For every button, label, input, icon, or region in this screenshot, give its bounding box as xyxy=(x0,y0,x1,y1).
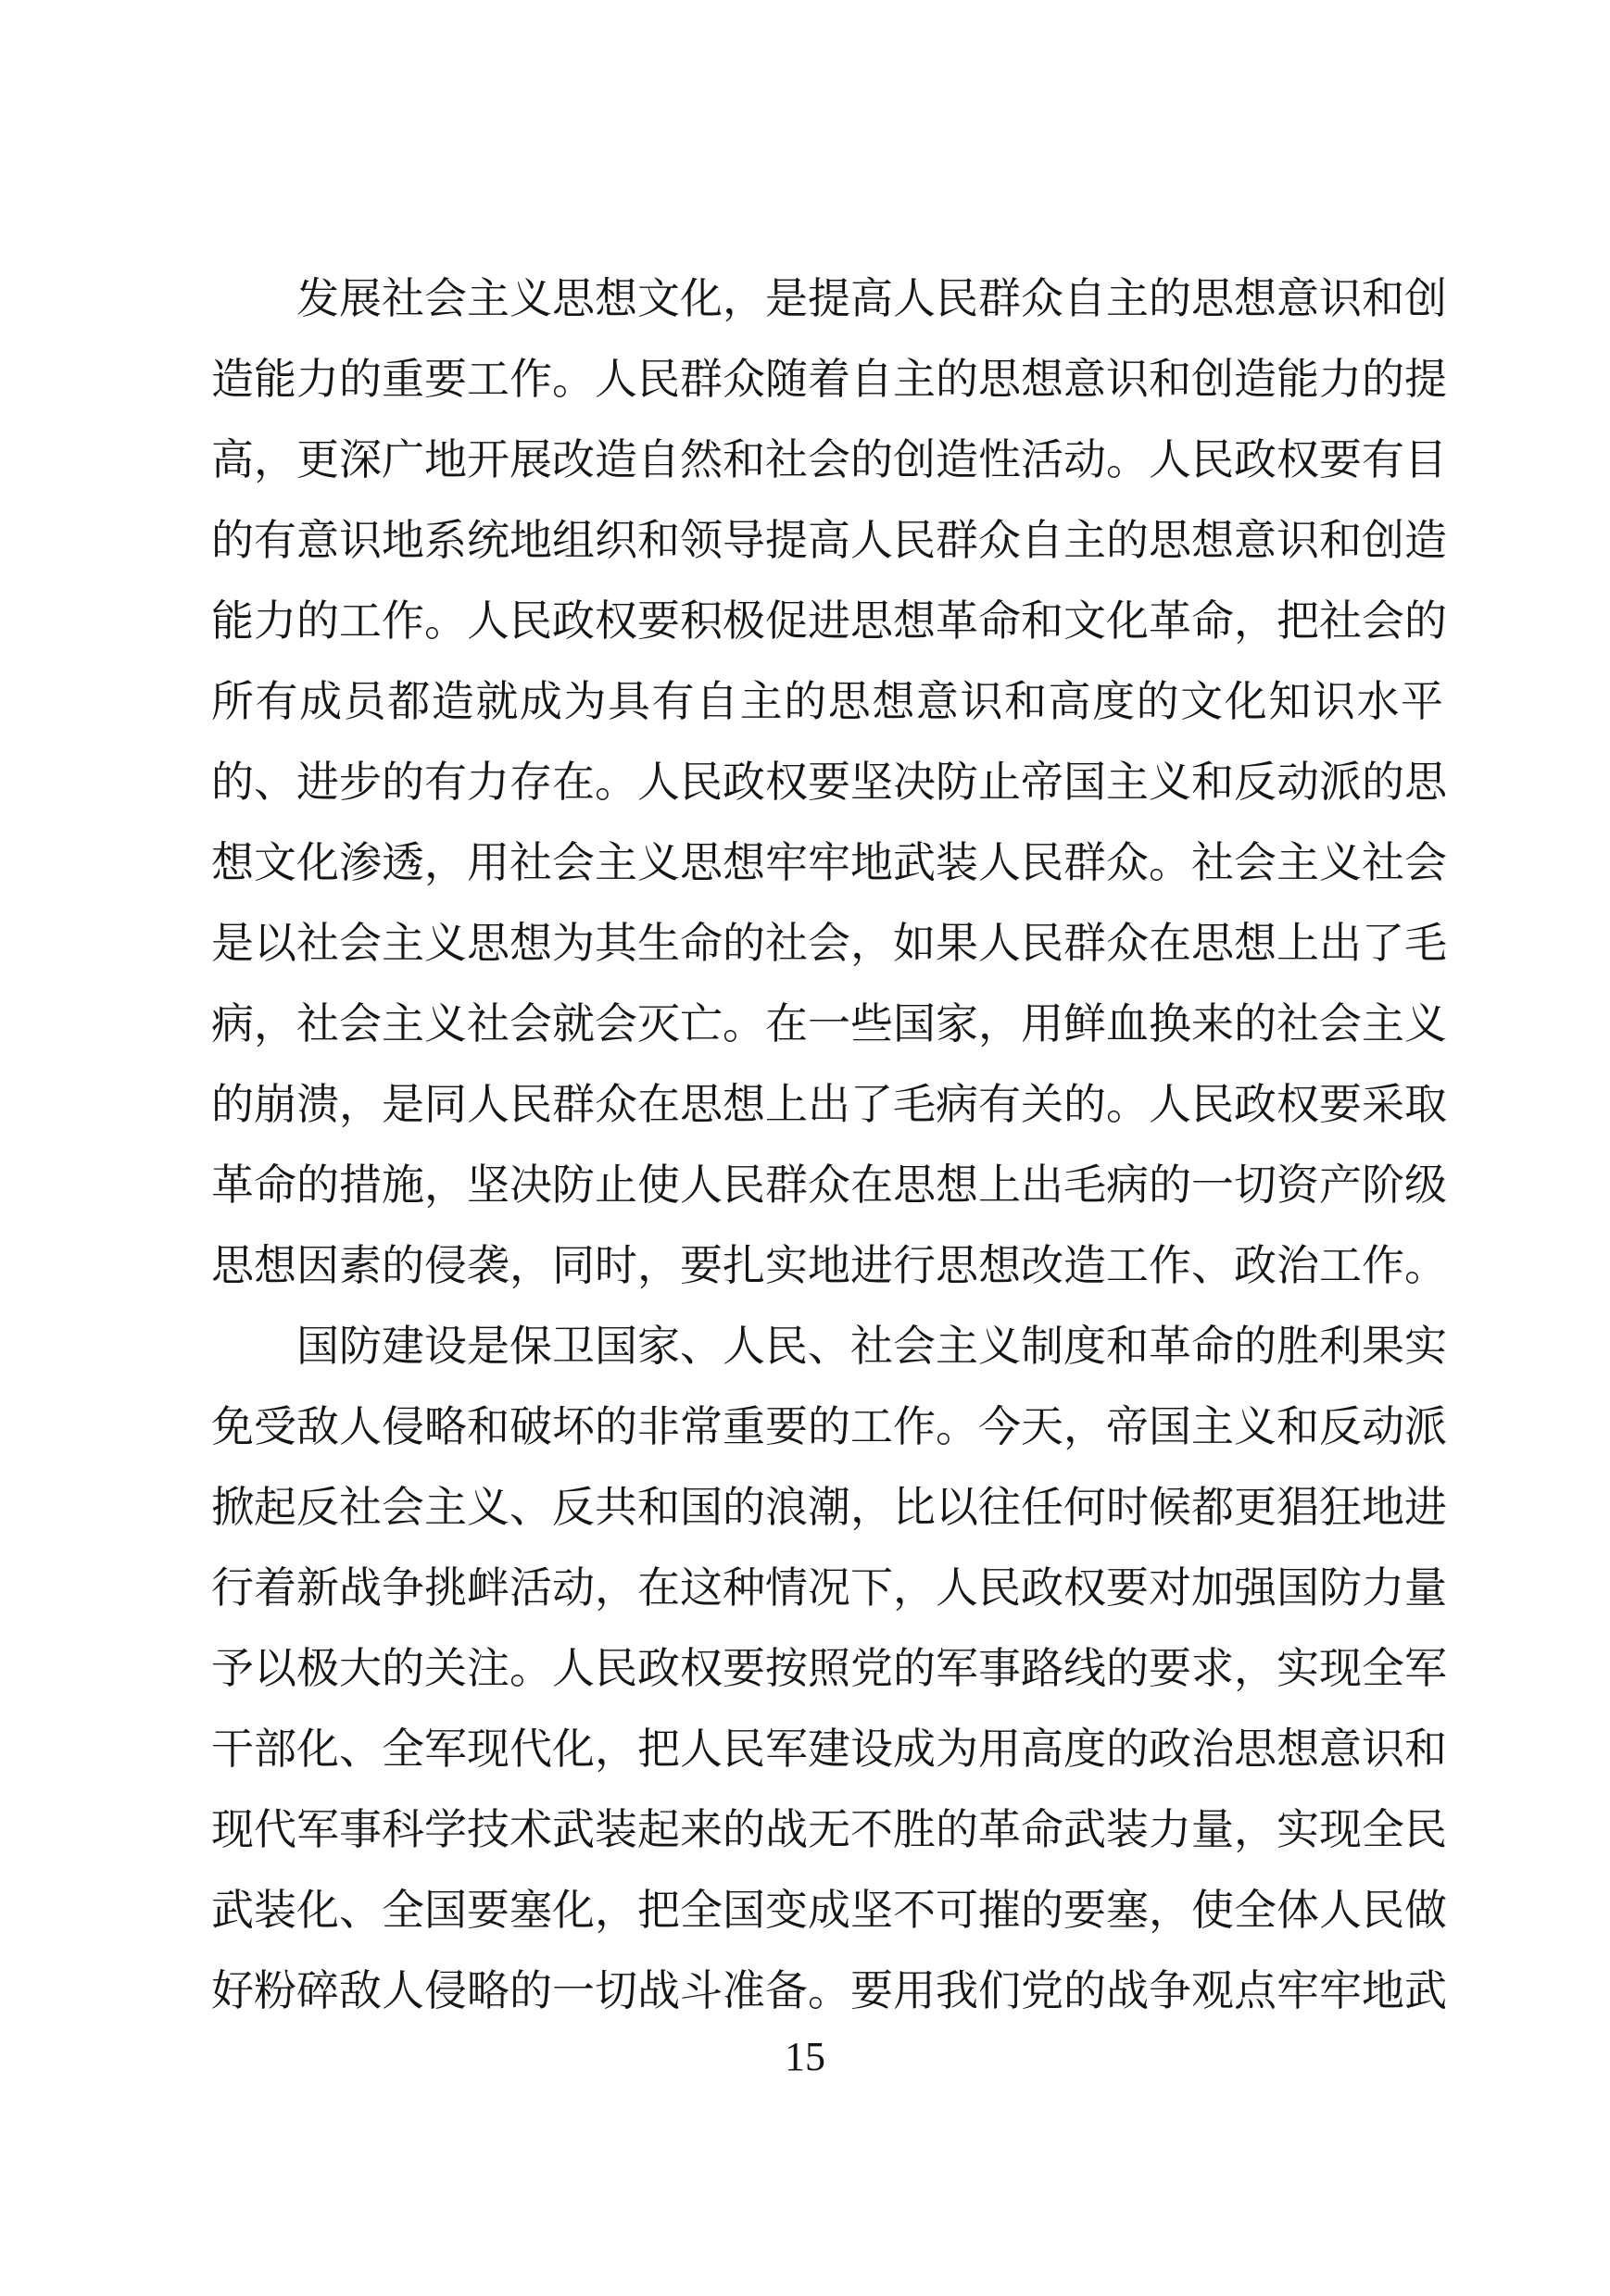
text-line: 行着新战争挑衅活动，在这种情况下，人民政权要对加强国防力量 xyxy=(211,1548,1443,1628)
text-line: 予以极大的关注。人民政权要按照党的军事路线的要求，实现全军 xyxy=(211,1628,1443,1709)
paragraph-2: 国防建设是保卫国家、人民、社会主义制度和革命的胜利果实 免受敌人侵略和破坏的非常… xyxy=(211,1306,1443,2031)
text-line: 所有成员都造就成为具有自主的思想意识和高度的文化知识水平 xyxy=(211,661,1443,742)
text-line: 高，更深广地开展改造自然和社会的创造性活动。人民政权要有目 xyxy=(211,420,1443,500)
text-line: 造能力的重要工作。人民群众随着自主的思想意识和创造能力的提 xyxy=(211,339,1443,420)
text-line: 是以社会主义思想为其生命的社会，如果人民群众在思想上出了毛 xyxy=(211,903,1443,984)
text-line: 能力的工作。人民政权要积极促进思想革命和文化革命，把社会的 xyxy=(211,581,1443,661)
text-line: 干部化、全军现代化，把人民军建设成为用高度的政治思想意识和 xyxy=(211,1709,1443,1789)
text-line: 好粉碎敌人侵略的一切战斗准备。要用我们党的战争观点牢牢地武 xyxy=(211,1951,1443,2031)
page-number: 15 xyxy=(785,2034,825,2080)
text-line: 的、进步的有力存在。人民政权要坚决防止帝国主义和反动派的思 xyxy=(211,742,1443,822)
page-body-text: 发展社会主义思想文化，是提高人民群众自主的思想意识和创 造能力的重要工作。人民群… xyxy=(211,258,1443,2031)
paragraph-1: 发展社会主义思想文化，是提高人民群众自主的思想意识和创 造能力的重要工作。人民群… xyxy=(211,258,1443,1306)
text-line: 思想因素的侵袭，同时，要扎实地进行思想改造工作、政治工作。 xyxy=(211,1225,1443,1306)
text-line: 的崩溃，是同人民群众在思想上出了毛病有关的。人民政权要采取 xyxy=(211,1064,1443,1145)
text-line: 病，社会主义社会就会灭亡。在一些国家，用鲜血换来的社会主义 xyxy=(211,984,1443,1064)
text-line: 的有意识地系统地组织和领导提高人民群众自主的思想意识和创造 xyxy=(211,500,1443,581)
text-line: 武装化、全国要塞化，把全国变成坚不可摧的要塞，使全体人民做 xyxy=(211,1870,1443,1951)
text-line: 免受敌人侵略和破坏的非常重要的工作。今天，帝国主义和反动派 xyxy=(211,1386,1443,1467)
text-line: 发展社会主义思想文化，是提高人民群众自主的思想意识和创 xyxy=(211,258,1443,339)
text-line: 掀起反社会主义、反共和国的浪潮，比以往任何时候都更猖狂地进 xyxy=(211,1467,1443,1548)
page-footer: 15 xyxy=(0,2034,1610,2080)
text-line: 革命的措施，坚决防止使人民群众在思想上出毛病的一切资产阶级 xyxy=(211,1145,1443,1225)
document-page: 发展社会主义思想文化，是提高人民群众自主的思想意识和创 造能力的重要工作。人民群… xyxy=(0,0,1610,2296)
text-line: 国防建设是保卫国家、人民、社会主义制度和革命的胜利果实 xyxy=(211,1306,1443,1386)
text-line: 现代军事科学技术武装起来的战无不胜的革命武装力量，实现全民 xyxy=(211,1789,1443,1870)
text-line: 想文化渗透，用社会主义思想牢牢地武装人民群众。社会主义社会 xyxy=(211,822,1443,903)
